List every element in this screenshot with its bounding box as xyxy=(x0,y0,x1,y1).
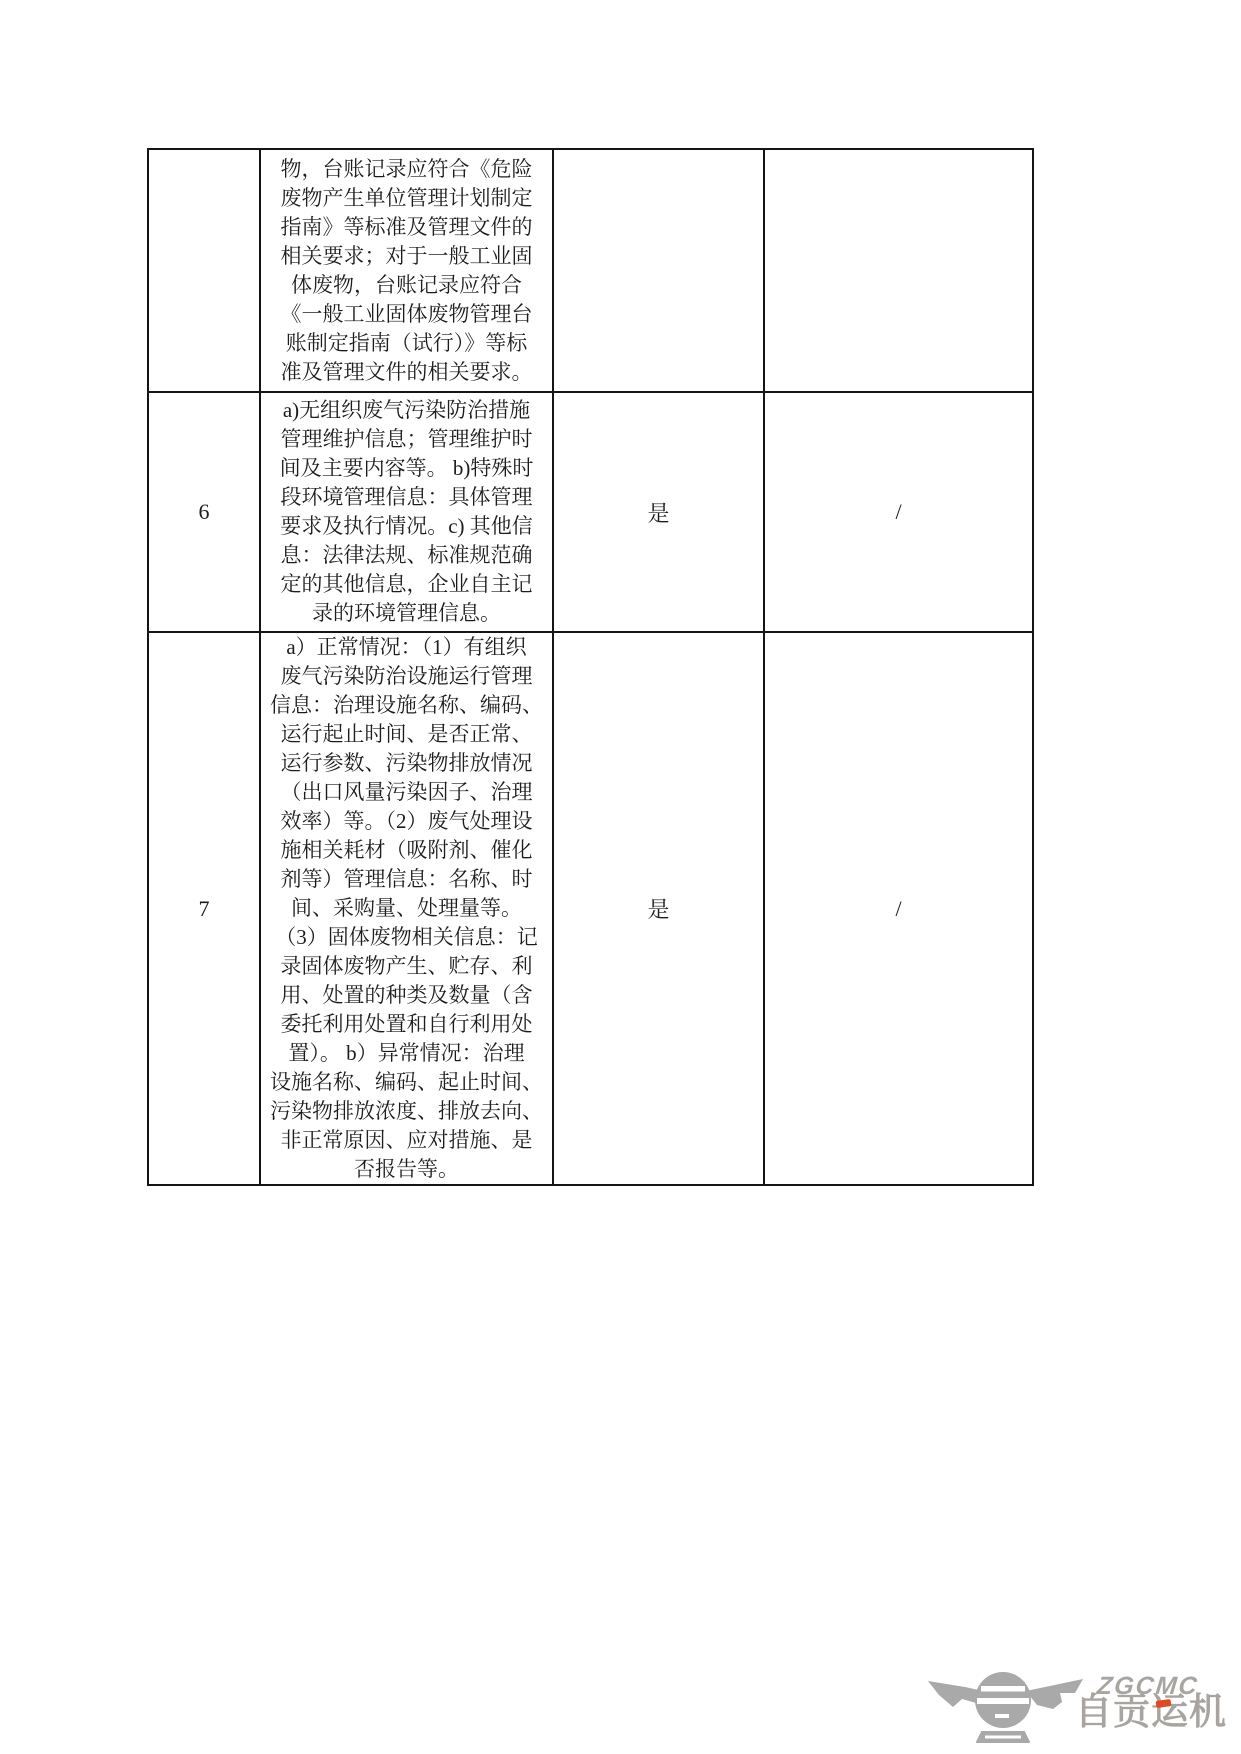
included-cell: 是 xyxy=(553,392,764,632)
included-cell xyxy=(553,149,764,392)
row-number-cell: 6 xyxy=(148,392,260,632)
company-logo: ZGCMC 自贡运机 xyxy=(925,1662,1235,1747)
table-row-6: 6 a)无组织废气污染防治措施 管理维护信息；管理维护时 间及主要内容等。 b)… xyxy=(148,392,1033,632)
company-emblem-icon xyxy=(925,1662,1085,1747)
record-content-cell: a)无组织废气污染防治措施 管理维护信息；管理维护时 间及主要内容等。 b)特殊… xyxy=(260,392,553,632)
table-row-continuation: 物，台账记录应符合《危险 废物产生单位管理计划制定 指南》等标准及管理文件的 相… xyxy=(148,149,1033,392)
record-content-cell: a）正常情况：（1）有组织 废气污染防治设施运行管理 信息：治理设施名称、编码、… xyxy=(260,632,553,1185)
included-cell: 是 xyxy=(553,632,764,1185)
brand-name-cn: 自贡运机 xyxy=(1075,1693,1227,1730)
remark-cell: / xyxy=(764,392,1033,632)
remark-cell xyxy=(764,149,1033,392)
document-page: 物，台账记录应符合《危险 废物产生单位管理计划制定 指南》等标准及管理文件的 相… xyxy=(0,0,1241,1754)
table-row-7: 7 a）正常情况：（1）有组织 废气污染防治设施运行管理 信息：治理设施名称、编… xyxy=(148,632,1033,1185)
record-requirements-table: 物，台账记录应符合《危险 废物产生单位管理计划制定 指南》等标准及管理文件的 相… xyxy=(147,148,1034,1186)
record-content-cell: 物，台账记录应符合《危险 废物产生单位管理计划制定 指南》等标准及管理文件的 相… xyxy=(260,149,553,392)
remark-cell: / xyxy=(764,632,1033,1185)
row-number-cell xyxy=(148,149,260,392)
row-number-cell: 7 xyxy=(148,632,260,1185)
